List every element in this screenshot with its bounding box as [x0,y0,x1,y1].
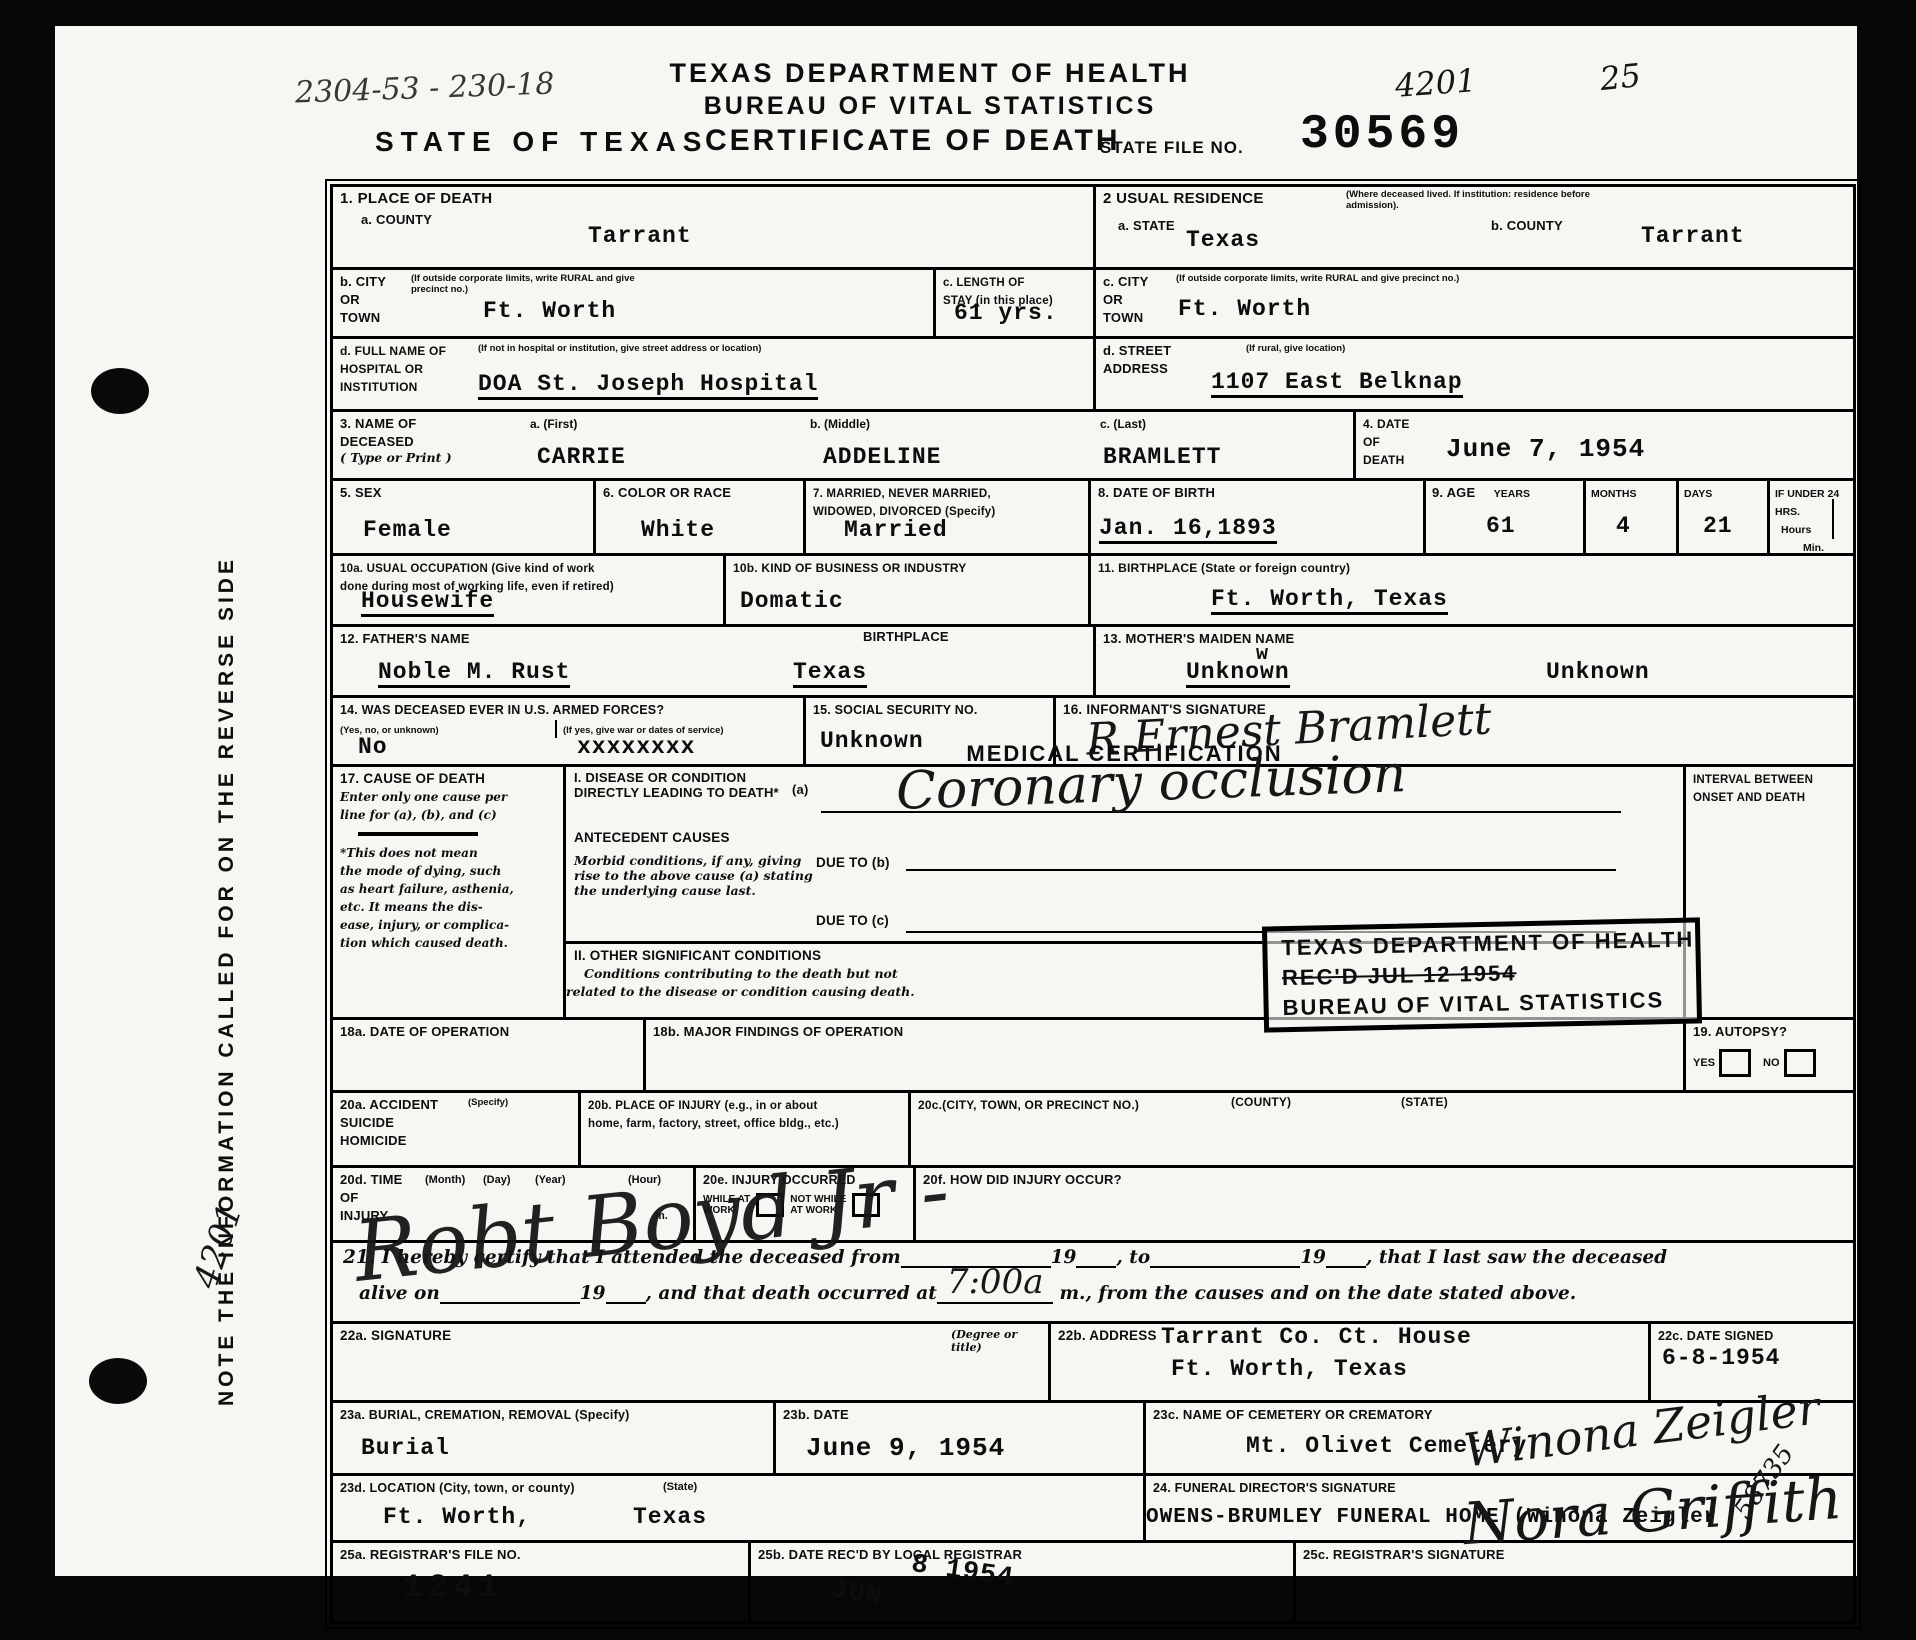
death-time-value: 7:00a [937,1262,1054,1304]
field-sex: 5. SEX Female [333,481,593,553]
burial-label: 23a. BURIAL, CREMATION, REMOVAL (Specify… [340,1408,629,1422]
residence-county-label: b. COUNTY [1491,219,1563,234]
armed-forces-note1: (Yes, no, or unknown) [340,725,439,736]
field-hospital: d. FULL NAME OF HOSPITAL OR INSTITUTION … [333,339,1093,409]
certify-blank-6 [606,1286,646,1304]
certify-blank-2 [1076,1250,1116,1268]
age-min-label: Min. [1803,542,1824,554]
birthplace-label: 11. BIRTHPLACE (State or foreign country… [1098,561,1350,575]
armed-forces-value1: No [358,734,388,760]
field-business: 10b. KIND OF BUSINESS OR INDUSTRY Domati… [723,556,1088,624]
field-injury-city: 20c.(CITY, TOWN, OR PRECINCT NO.) (COUNT… [908,1093,1853,1165]
field-occupation: 10a. USUAL OCCUPATION (Give kind of work… [333,556,723,624]
received-stamp-line1: TEXAS DEPARTMENT OF HEALTH [1281,927,1681,961]
residence-state-label: a. STATE [1118,219,1175,234]
other-conditions-label: II. OTHER SIGNIFICANT CONDITIONS [574,948,821,963]
mother-name-value: Unknown [1186,659,1290,688]
degree-or-title-note: (Degree or title) [951,1328,1048,1354]
field-birthplace: 11. BIRTHPLACE (State or foreign country… [1088,556,1853,624]
burial-location-city: Ft. Worth, [383,1504,531,1530]
date-signed-label: 22c. DATE SIGNED [1658,1329,1774,1343]
field-length-of-stay: c. LENGTH OF STAY (in this place) 61 yrs… [933,270,1093,336]
length-of-stay-value: 61 yrs. [954,300,1058,326]
autopsy-label: 19. AUTOPSY? [1693,1024,1787,1039]
field-accident-suicide-homicide: 20a. ACCIDENT SUICIDE HOMICIDE (Specify) [333,1093,578,1165]
first-name-value: CARRIE [537,444,626,470]
header-certificate-title: CERTIFICATE OF DEATH [705,124,1121,158]
field-how-injury-occurred: 20f. HOW DID INJURY OCCUR? [913,1168,1853,1240]
field-city-of-death: b. CITY OR TOWN (If outside corporate li… [333,270,933,336]
due-to-b-label: DUE TO (b) [816,855,890,870]
received-stamp-line3: BUREAU OF VITAL STATISTICS [1282,987,1682,1021]
age-days-value: 21 [1703,513,1733,539]
age-years-col: 9. AGE YEARS 61 [1426,481,1583,553]
certify-year1: 19 [1051,1247,1077,1268]
hole-punch-bottom [89,1358,147,1404]
field-mother-name: 13. MOTHER'S MAIDEN NAME Unknown w Unkno… [1093,627,1853,695]
field-street-address: d. STREET ADDRESS (If rural, give locati… [1093,339,1853,409]
due-to-c-label: DUE TO (c) [816,913,889,928]
burial-location-label: 23d. LOCATION (City, town, or county) [340,1481,575,1495]
field-autopsy: 19. AUTOPSY? YES NO [1683,1020,1853,1090]
physician-address-line1: Tarrant Co. Ct. House [1161,1324,1472,1350]
age-under24-col: IF UNDER 24 HRS. Hours Min. [1767,481,1853,553]
scanned-death-certificate: NOTE THE INFORMATION CALLED FOR ON THE R… [0,0,1916,1640]
occupation-value: Housewife [361,588,494,617]
field-age: 9. AGE YEARS 61 MONTHS 4 DAYS 21 [1423,481,1853,553]
hospital-note: (If not in hospital or institution, give… [478,344,1038,355]
physician-address-label: 22b. ADDRESS [1058,1328,1157,1343]
date-of-death-label: 4. DATE OF DEATH [1363,417,1410,467]
age-months-col: MONTHS 4 [1583,481,1676,553]
residence-state-value: Texas [1186,227,1260,253]
field-last-name: c. (Last) BRAMLETT [1093,412,1353,478]
city-note: (If outside corporate limits, write RURA… [411,274,831,296]
certify-blank-4 [1326,1250,1366,1268]
field-first-name: a. (First) CARRIE [523,412,803,478]
physician-signature-label: 22a. SIGNATURE [340,1328,451,1343]
sex-label: 5. SEX [340,485,382,500]
age-years-value: 61 [1486,513,1516,539]
county-label: a. COUNTY [361,213,432,228]
armed-forces-label: 14. WAS DECEASED EVER IN U.S. ARMED FORC… [340,703,664,717]
field-residence-city: c. CITY OR TOWN (If outside corporate li… [1093,270,1853,336]
field-registrar-signature: 25c. REGISTRAR'S SIGNATURE [1293,1543,1853,1621]
hole-punch-top [91,368,149,414]
autopsy-no-label: NO [1763,1057,1780,1070]
date-of-operation-label: 18a. DATE OF OPERATION [340,1024,509,1039]
field-burial-date: 23b. DATE June 9, 1954 [773,1403,1143,1473]
residence-city-label: c. CITY OR TOWN [1103,274,1148,325]
header-department: TEXAS DEPARTMENT OF HEALTH [610,58,1250,89]
header-bureau: BUREAU OF VITAL STATISTICS [610,92,1250,121]
burial-date-label: 23b. DATE [783,1407,849,1422]
business-label: 10b. KIND OF BUSINESS OR INDUSTRY [733,561,967,575]
certify-part2: , that I last saw the deceased [1366,1247,1667,1268]
age-hours-label: Hours [1781,524,1811,536]
race-label: 6. COLOR OR RACE [603,485,731,500]
major-findings-label: 18b. MAJOR FINDINGS OF OPERATION [653,1024,903,1039]
middle-name-value: ADDELINE [823,444,941,470]
certificate-paper: NOTE THE INFORMATION CALLED FOR ON THE R… [55,26,1857,1576]
certificate-form: 1. PLACE OF DEATH a. COUNTY Tarrant 2 US… [330,184,1856,1624]
place-of-injury-label: 20b. PLACE OF INJURY (e.g., in or about … [588,1100,839,1130]
certify-to: , to [1116,1247,1150,1268]
due-to-b-line [906,853,1616,871]
certify-part4: , and that death occurred at [646,1283,937,1304]
disease-a-label: (a) [792,783,809,798]
type-or-print-note: ( Type or Print ) [340,450,452,465]
date-of-death-value: June 7, 1954 [1446,434,1645,464]
state-file-number: 30569 [1300,108,1464,162]
age-months-value: 4 [1616,513,1631,539]
header-state-of-texas: STATE OF TEXAS [375,126,708,158]
first-name-label: a. (First) [530,417,577,431]
sex-value: Female [363,517,452,543]
field-father-name: 12. FATHER'S NAME BIRTHPLACE Noble M. Ru… [333,627,1093,695]
business-value: Domatic [740,588,844,614]
field-date-of-operation: 18a. DATE OF OPERATION [333,1020,643,1090]
injury-day-note: (Day) [483,1174,511,1187]
residence-county-value: Tarrant [1641,223,1745,249]
last-name-value: BRAMLETT [1103,444,1221,470]
funeral-director-label: 24. FUNERAL DIRECTOR'S SIGNATURE [1153,1481,1396,1495]
city-label: b. CITY OR TOWN [340,274,386,325]
field-interval-onset-death: INTERVAL BETWEEN ONSET AND DEATH [1683,767,1853,1017]
field-place-of-death: 1. PLACE OF DEATH a. COUNTY Tarrant [333,187,1093,267]
usual-residence-note: (Where deceased lived. If institution: r… [1346,190,1816,212]
residence-city-value: Ft. Worth [1178,296,1311,322]
name-of-deceased-label: 3. NAME OF DECEASED [340,416,416,449]
field-date-of-death: 4. DATE OF DEATH June 7, 1954 [1353,412,1853,478]
age-days-label: DAYS [1684,488,1712,500]
marital-label: 7. MARRIED, NEVER MARRIED, WIDOWED, DIVO… [813,488,995,518]
field-color-or-race: 6. COLOR OR RACE White [593,481,803,553]
autopsy-no-checkbox [1784,1049,1816,1077]
usual-residence-label: 2 USUAL RESIDENCE [1103,191,1264,208]
age-hours-min-divider [1832,499,1834,539]
injury-county-label: (COUNTY) [1231,1096,1291,1109]
age-months-label: MONTHS [1591,488,1637,500]
father-name-value: Noble M. Rust [378,659,570,688]
how-injury-occurred-label: 20f. HOW DID INJURY OCCUR? [923,1172,1122,1187]
age-label: 9. AGE [1432,486,1475,501]
autopsy-yes-checkbox [1719,1049,1751,1077]
received-stamp: TEXAS DEPARTMENT OF HEALTH REC'D JUL 12 … [1262,917,1702,1032]
dob-label: 8. DATE OF BIRTH [1098,485,1215,500]
field-registrar-file-no: 25a. REGISTRAR'S FILE NO. 1241 [333,1543,748,1621]
received-stamp-line2: REC'D JUL 12 1954 [1282,957,1682,991]
margin-handwritten-number: 4201 [186,1199,251,1294]
field-date-of-birth: 8. DATE OF BIRTH Jan. 16,1893 [1088,481,1423,553]
accident-specify-note: (Specify) [468,1098,508,1109]
handwritten-scrawl-top-right-1: 4201 [1394,61,1478,105]
field-burial-location: 23d. LOCATION (City, town, or county) (S… [333,1476,1143,1540]
residence-city-note: (If outside corporate limits, write RURA… [1176,274,1736,285]
field-major-findings: 18b. MAJOR FINDINGS OF OPERATION [643,1020,1683,1090]
injury-city-label: 20c.(CITY, TOWN, OR PRECINCT NO.) [918,1098,1139,1112]
antecedent-causes-label: ANTECEDENT CAUSES [574,830,730,845]
city-value: Ft. Worth [483,298,616,324]
physician-address-line2: Ft. Worth, Texas [1171,1356,1408,1382]
burial-location-state: Texas [633,1504,707,1530]
field-physician-signature: 22a. SIGNATURE (Degree or title) [333,1324,1048,1400]
dob-value: Jan. 16,1893 [1099,515,1277,544]
field-usual-residence: 2 USUAL RESIDENCE (Where deceased lived.… [1093,187,1853,267]
burial-date-value: June 9, 1954 [806,1433,1005,1463]
field-date-received: 25b. DATE REC'D BY LOCAL REGISTRAR JUN 8… [748,1543,1293,1621]
street-address-note: (If rural, give location) [1246,344,1345,355]
mother-name-overtype: w [1256,643,1269,666]
disease-condition-label: I. DISEASE OR CONDITION DIRECTLY LEADING… [574,771,779,800]
cause-note-two: *This does not mean the mode of dying, s… [340,846,514,950]
field-cause-of-death-notes: 17. CAUSE OF DEATH Enter only one cause … [333,767,563,1017]
interval-label: INTERVAL BETWEEN ONSET AND DEATH [1693,774,1813,804]
cause-note-one: Enter only one cause per line for (a), (… [340,790,507,822]
place-of-death-label: 1. PLACE OF DEATH [340,190,492,207]
father-birthplace-label: BIRTHPLACE [863,630,949,645]
other-conditions-note: Conditions contributing to the death but… [566,966,915,999]
street-address-label: d. STREET ADDRESS [1103,343,1171,376]
autopsy-yes-label: YES [1693,1057,1715,1070]
mother-birthplace-value: Unknown [1546,659,1650,685]
field-physician-address: 22b. ADDRESS Tarrant Co. Ct. House Ft. W… [1048,1324,1648,1400]
hospital-value: DOA St. Joseph Hospital [478,371,818,400]
age-days-col: DAYS 21 [1676,481,1767,553]
field-middle-name: b. (Middle) ADDELINE [803,412,1093,478]
accident-label: 20a. ACCIDENT SUICIDE HOMICIDE [340,1097,438,1148]
middle-name-label: b. (Middle) [810,417,870,431]
race-value: White [641,517,715,543]
age-years-label: YEARS [1494,488,1530,500]
handwritten-scrawl-top-left: 2304-53 - 230-18 [294,66,555,110]
field-name-of-deceased: 3. NAME OF DECEASED ( Type or Print ) [333,412,523,478]
date-received-stamp-month: JUN [829,1576,884,1613]
marital-value: Married [844,517,948,543]
ssn-label: 15. SOCIAL SECURITY NO. [813,703,978,717]
father-birthplace-value: Texas [793,659,867,688]
birthplace-value: Ft. Worth, Texas [1211,586,1448,615]
street-address-value: 1107 East Belknap [1211,369,1463,398]
antecedent-note: Morbid conditions, if any, giving rise t… [574,853,813,898]
certify-part5: m., from the causes and on the date stat… [1059,1283,1576,1304]
cemetery-label: 23c. NAME OF CEMETERY OR CREMATORY [1153,1407,1433,1422]
field-marital-status: 7. MARRIED, NEVER MARRIED, WIDOWED, DIVO… [803,481,1088,553]
cause-note-divider [358,832,478,836]
date-signed-value: 6-8-1954 [1662,1345,1780,1371]
age-under24-label: IF UNDER 24 HRS. [1775,488,1839,518]
certify-year2: 19 [1300,1247,1326,1268]
father-name-label: 12. FATHER'S NAME [340,631,470,646]
handwritten-scrawl-top-right-2: 25 [1598,56,1642,98]
cause-of-death-label: 17. CAUSE OF DEATH [340,771,485,786]
burial-location-state-note: (State) [663,1481,697,1494]
burial-value: Burial [361,1435,450,1461]
injury-state-label: (STATE) [1401,1096,1448,1109]
certify-blank-3 [1150,1250,1300,1268]
injury-month-note: (Month) [425,1174,465,1187]
hospital-label: d. FULL NAME OF HOSPITAL OR INSTITUTION [340,344,446,394]
registrar-file-no-label: 25a. REGISTRAR'S FILE NO. [340,1547,521,1562]
state-file-no-label: STATE FILE NO. [1100,138,1244,158]
last-name-label: c. (Last) [1100,417,1146,431]
certify-year3: 19 [580,1283,606,1304]
county-value: Tarrant [588,223,692,249]
field-burial: 23a. BURIAL, CREMATION, REMOVAL (Specify… [333,1403,773,1473]
registrar-file-no-value: 1241 [403,1569,504,1606]
